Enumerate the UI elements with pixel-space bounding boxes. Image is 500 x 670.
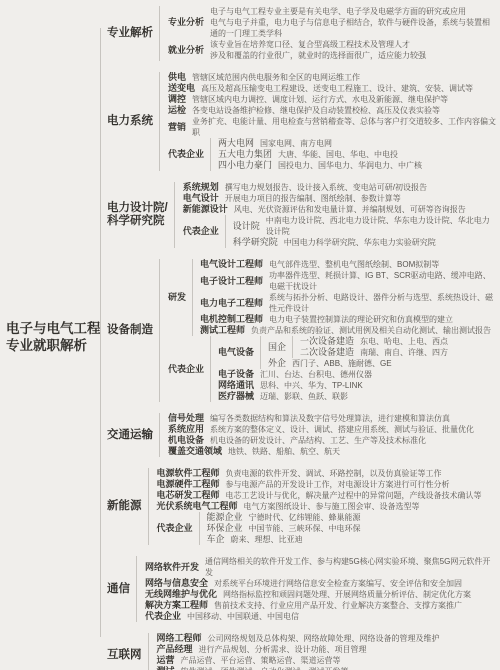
node-label: 新能源设计 bbox=[183, 204, 228, 215]
node-label: 覆盖交通领域 bbox=[168, 446, 222, 457]
node-desc: 系统与拓扑分析、电路设计、器件分析与选型、系统热设计、磁性元件设计 bbox=[269, 292, 496, 314]
node-row: 网络软件开发通信网络相关的软件开发工作、参与构建5G核心网实验环境、聚焦5G网元… bbox=[145, 556, 496, 578]
node-label: 电子设备 bbox=[218, 369, 254, 380]
node-row: 二次设备建造南瑞、南自、许继、四方 bbox=[300, 347, 496, 358]
node-row: 网络通讯思科、中兴、华为、TP-LINK bbox=[218, 380, 496, 391]
branch-label: 设备制造 bbox=[100, 324, 159, 337]
branch-design-research-institute: 电力设计院/ 科学研究院系统规划撰写电力规划报告、设计接入系统、变电站可研/初设… bbox=[100, 182, 496, 248]
mindmap-page: { "colors":{"background":"#f0eeeb","text… bbox=[0, 0, 500, 670]
node-row: 网络与信息安全对系统平台环境进行网络信息安全检查方案编写、安全评估和安全加固 bbox=[145, 578, 496, 589]
node-label: 电芯研发工程师 bbox=[157, 490, 220, 501]
children-group: 电气设备国企一次设备建造东电、哈电、上电、西点二次设备建造南瑞、南自、许继、四方… bbox=[210, 336, 496, 402]
node-desc: 产品运营、平台运营、策略运营、渠道运营等 bbox=[181, 655, 341, 666]
node-label: 信号处理 bbox=[168, 413, 204, 424]
node-row: 就业分析该专业旨在培养宽口径、复合型高级工程技术及管理人才涉及和覆盖的行业很广，… bbox=[168, 39, 496, 61]
node-desc: 高压及超高压输变电工程建设、送变电工程施工、设计、建筑、安装、调试等 bbox=[201, 83, 473, 94]
children-group: 电气设计工程师电气部件选型、整机电气图纸绘制、BOM拟制等电子设计工程师功率器件… bbox=[192, 259, 496, 336]
node-label: 测试 bbox=[157, 666, 175, 670]
node-row: 覆盖交通领域地铁、铁路、船舶、航空、航天 bbox=[168, 446, 496, 457]
node-row: 解决方案工程师售前技术支持、行业应用产品开发、行业解决方案整合、支撑方案推广 bbox=[145, 600, 496, 611]
node-desc: 东电、哈电、上电、西点 bbox=[360, 336, 448, 347]
node-label: 一次设备建造 bbox=[300, 336, 354, 347]
node-row: 国企一次设备建造东电、哈电、上电、西点二次设备建造南瑞、南自、许继、四方 bbox=[268, 336, 496, 358]
node-desc: 管辖区域内电力调控、调度计划、运行方式、水电及新能源、继电保护等 bbox=[192, 94, 448, 105]
root-title-line2: 专业就职解析 bbox=[6, 337, 102, 354]
node-row: 科学研究院中国电力科学研究院、华东电力实验研究院 bbox=[233, 237, 496, 248]
node-desc: 机电设备的研发设计、产品结构、工艺、生产等及技术标准化 bbox=[210, 435, 426, 446]
node-row: 四小电力豪门国投电力、国华电力、华润电力、中广核 bbox=[218, 160, 496, 171]
branch-label: 电力系统 bbox=[100, 115, 159, 128]
node-label: 国企 bbox=[268, 342, 286, 353]
node-desc: 中国电力科学研究院、华东电力实验研究院 bbox=[284, 237, 436, 248]
node-row: 系统应用系统方案的整体定义、设计、调试、搭建应用系统、测试与验证、批量优化 bbox=[168, 424, 496, 435]
node-row: 电机控制工程师电力电子装置控制算法的理论研究和仿真模型的建立 bbox=[200, 314, 496, 325]
branch-equipment-manufacturing: 设备制造研发电气设计工程师电气部件选型、整机电气图纸绘制、BOM拟制等电子设计工… bbox=[100, 259, 496, 402]
node-label: 电源硬件工程师 bbox=[157, 479, 220, 490]
node-row: 信号处理编写各类数据结构和算法及数字信号处理算法，进行建模和算法仿真 bbox=[168, 413, 496, 424]
branch-label: 通信 bbox=[100, 583, 136, 596]
node-desc: 涉及和覆盖的行业很广，就业时的选择面很广，适应能力较强 bbox=[210, 50, 496, 61]
node-row: 代表企业设计院中南电力设计院、西北电力设计院、华东电力设计院、华北电力设计院科学… bbox=[183, 215, 496, 248]
branch-new-energy: 新能源电源软件工程师负责电源的软件开发、调试、环路控制，以及仿真验证等工作电源硬… bbox=[100, 468, 496, 545]
node-label: 电源软件工程师 bbox=[157, 468, 220, 479]
node-label: 网络软件开发 bbox=[145, 562, 199, 573]
branch-label: 互联网 bbox=[100, 649, 148, 662]
node-desc: 管辖区域范围内供电服务和全区的电网运维工作 bbox=[192, 72, 360, 83]
node-row: 电源软件工程师负责电源的软件开发、调试、环路控制，以及仿真验证等工作 bbox=[157, 468, 497, 479]
node-label: 营销 bbox=[168, 122, 186, 133]
node-desc: 国投电力、国华电力、华润电力、中广核 bbox=[278, 160, 422, 171]
node-row: 系统规划撰写电力规划报告、设计接入系统、变电站可研/初设报告 bbox=[183, 182, 496, 193]
branch-label: 专业解析 bbox=[100, 27, 159, 40]
node-row: 光伏系统电气工程师电气方案图纸设计、参与施工图会审、设备选型等 bbox=[157, 501, 497, 512]
root-title-line1: 电子与电气工程 bbox=[6, 320, 102, 337]
node-label: 运营 bbox=[157, 655, 175, 666]
node-row: 研发电气设计工程师电气部件选型、整机电气图纸绘制、BOM拟制等电子设计工程师功率… bbox=[168, 259, 496, 336]
node-desc: 通信网络相关的软件开发工作、参与构建5G核心网实验环境、聚焦5G网元软件开发 bbox=[205, 556, 496, 578]
node-desc: 该专业旨在培养宽口径、复合型高级工程技术及管理人才 bbox=[210, 39, 496, 50]
node-row: 电气设计开展电力项目的报告编制、图纸绘制、参数计算等 bbox=[183, 193, 496, 204]
node-desc: 软件测试、硬件测试、自动化测试、测试开发等 bbox=[181, 666, 349, 670]
node-row: 环保企业中国节能、三峡环保、中电环保 bbox=[207, 523, 496, 534]
node-label: 解决方案工程师 bbox=[145, 600, 208, 611]
node-desc: 参与电源产品的开发设计工作，对电源设计方案进行可行性分析 bbox=[226, 479, 450, 490]
node-desc: 中国节能、三峡环保、中电环保 bbox=[249, 523, 361, 534]
children-group: 设计院中南电力设计院、西北电力设计院、华东电力设计院、华北电力设计院科学研究院中… bbox=[225, 215, 496, 248]
branch-label: 新能源 bbox=[100, 500, 148, 513]
node-desc: 电气部件选型、整机电气图纸绘制、BOM拟制等 bbox=[269, 259, 439, 270]
node-label: 就业分析 bbox=[168, 45, 204, 56]
node-desc: 公司网络规划及总体构架、网络故障处理、网络设备的管理及维护 bbox=[208, 633, 440, 644]
node-row: 供电管辖区域范围内供电服务和全区的电网运维工作 bbox=[168, 72, 496, 83]
node-label: 研发 bbox=[168, 292, 186, 303]
node-desc: 电力电子装置控制算法的理论研究和仿真模型的建立 bbox=[269, 314, 453, 325]
node-row: 电气设计工程师电气部件选型、整机电气图纸绘制、BOM拟制等 bbox=[200, 259, 496, 270]
branch-transportation: 交通运输信号处理编写各类数据结构和算法及数字信号处理算法，进行建模和算法仿真系统… bbox=[100, 413, 496, 457]
branch-label: 电力设计院/ 科学研究院 bbox=[100, 202, 174, 228]
node-desc: 思科、中兴、华为、TP-LINK bbox=[260, 380, 363, 391]
node-label: 无线网维护与优化 bbox=[145, 589, 217, 600]
node-desc: 负责产品和系统的验证、测试用例及相关自动化测试、输出测试报告 bbox=[251, 325, 491, 336]
node-label: 四小电力豪门 bbox=[218, 160, 272, 171]
node-label: 运检 bbox=[168, 105, 186, 116]
node-row: 代表企业电气设备国企一次设备建造东电、哈电、上电、西点二次设备建造南瑞、南自、许… bbox=[168, 336, 496, 402]
node-row: 医疗器械迈瑞、影联、鱼跃、联影 bbox=[218, 391, 496, 402]
branch-power-system: 电力系统供电管辖区域范围内供电服务和全区的电网运维工作送变电高压及超高压输变电工… bbox=[100, 72, 496, 171]
branch-telecom: 通信网络软件开发通信网络相关的软件开发工作、参与构建5G核心网实验环境、聚焦5G… bbox=[100, 556, 496, 622]
node-label: 医疗器械 bbox=[218, 391, 254, 402]
children-group: 两大电网国家电网、南方电网五大电力集团大唐、华能、国电、华电、中电投四小电力豪门… bbox=[210, 138, 496, 171]
node-row: 新能源设计风电、光伏资源评估和发电量计算、并编制规划、可研等咨询报告 bbox=[183, 204, 496, 215]
node-desc: 电芯工艺设计与优化，解决量产过程中的异常问题，产线设备技术确认等 bbox=[226, 490, 482, 501]
node-desc: 撰写电力规划报告、设计接入系统、变电站可研/初设报告 bbox=[225, 182, 427, 193]
node-row: 能源企业宁德时代、亿纬锂能、蜂巢能源 bbox=[207, 512, 496, 523]
node-desc: 电气与电子并重，电力电子与信息电子相结合，软件与硬件设备，系统与装置相通的一门理… bbox=[210, 17, 496, 39]
node-label: 电机控制工程师 bbox=[200, 314, 263, 325]
node-desc: 南瑞、南自、许继、四方 bbox=[360, 347, 448, 358]
node-label: 两大电网 bbox=[218, 138, 254, 149]
node-row: 网络工程师公司网络规划及总体构架、网络故障处理、网络设备的管理及维护 bbox=[157, 633, 497, 644]
root-title: 电子与电气工程 专业就职解析 bbox=[6, 320, 102, 354]
node-row: 外企西门子、ABB、施耐德、GE bbox=[268, 358, 496, 369]
children-group: 电源软件工程师负责电源的软件开发、调试、环路控制，以及仿真验证等工作电源硬件工程… bbox=[148, 468, 497, 545]
node-desc: 汇川、台达、台积电、德州仪器 bbox=[260, 369, 372, 380]
node-row: 测试软件测试、硬件测试、自动化测试、测试开发等 bbox=[157, 666, 497, 670]
node-label: 专业分析 bbox=[168, 17, 204, 28]
node-label: 二次设备建造 bbox=[300, 347, 354, 358]
children-group: 国企一次设备建造东电、哈电、上电、西点二次设备建造南瑞、南自、许继、四方外企西门… bbox=[260, 336, 496, 369]
children-group: 专业分析电子与电气工程专业主要是有关电学、电子学及电磁学方面的研究或应用电气与电… bbox=[159, 6, 496, 61]
desc-lines: 该专业旨在培养宽口径、复合型高级工程技术及管理人才涉及和覆盖的行业很广，就业时的… bbox=[210, 39, 496, 61]
node-label: 调控 bbox=[168, 94, 186, 105]
branch-internet: 互联网网络工程师公司网络规划及总体构架、网络故障处理、网络设备的管理及维护产品经… bbox=[100, 633, 496, 670]
node-row: 电子设备汇川、台达、台积电、德州仪器 bbox=[218, 369, 496, 380]
node-desc: 业务扩充、电能计量、用电检查与营销稽查等、总体与客户打交道较多、工作内容偏文职 bbox=[192, 116, 496, 138]
node-label: 网络工程师 bbox=[157, 633, 202, 644]
node-label: 电气设计 bbox=[183, 193, 219, 204]
node-label: 五大电力集团 bbox=[218, 149, 272, 160]
node-row: 运检各变电站设备维护检修、继电保护及自动装置校检、高压及仪表实验等 bbox=[168, 105, 496, 116]
node-label: 车企 bbox=[207, 534, 225, 545]
node-label: 机电设备 bbox=[168, 435, 204, 446]
node-row: 代表企业中国移动、中国联通、中国电信 bbox=[145, 611, 496, 622]
node-desc: 风电、光伏资源评估和发电量计算、并编制规划、可研等咨询报告 bbox=[234, 204, 466, 215]
node-desc: 大唐、华能、国电、华电、中电投 bbox=[278, 149, 398, 160]
node-label: 送变电 bbox=[168, 83, 195, 94]
node-desc: 售前技术支持、行业应用产品开发、行业解决方案整合、支撑方案推广 bbox=[214, 600, 462, 611]
node-desc: 对系统平台环境进行网络信息安全检查方案编写、安全评估和安全加固 bbox=[214, 578, 462, 589]
desc-lines: 电子与电气工程专业主要是有关电学、电子学及电磁学方面的研究或应用电气与电子并重，… bbox=[210, 6, 496, 39]
node-desc: 中国移动、中国联通、中国电信 bbox=[187, 611, 299, 622]
children-group: 研发电气设计工程师电气部件选型、整机电气图纸绘制、BOM拟制等电子设计工程师功率… bbox=[159, 259, 496, 402]
node-label: 网络通讯 bbox=[218, 380, 254, 391]
node-row: 一次设备建造东电、哈电、上电、西点 bbox=[300, 336, 496, 347]
node-desc: 宁德时代、亿纬锂能、蜂巢能源 bbox=[249, 512, 361, 523]
node-desc: 国家电网、南方电网 bbox=[260, 138, 332, 149]
node-label: 能源企业 bbox=[207, 512, 243, 523]
node-desc: 开展电力项目的报告编制、图纸绘制、参数计算等 bbox=[225, 193, 401, 204]
node-label: 系统应用 bbox=[168, 424, 204, 435]
node-desc: 负责电源的软件开发、调试、环路控制，以及仿真验证等工作 bbox=[226, 468, 442, 479]
node-label: 代表企业 bbox=[168, 149, 204, 160]
children-group: 一次设备建造东电、哈电、上电、西点二次设备建造南瑞、南自、许继、四方 bbox=[292, 336, 496, 358]
branch-label: 交通运输 bbox=[100, 429, 159, 442]
node-row: 电气设备国企一次设备建造东电、哈电、上电、西点二次设备建造南瑞、南自、许继、四方… bbox=[218, 336, 496, 369]
node-row: 无线网维护与优化网络指标监控和顽固问题处理、开展网络质量分析评估、制定优化方案 bbox=[145, 589, 496, 600]
node-row: 设计院中南电力设计院、西北电力设计院、华东电力设计院、华北电力设计院 bbox=[233, 215, 496, 237]
node-row: 代表企业两大电网国家电网、南方电网五大电力集团大唐、华能、国电、华电、中电投四小… bbox=[168, 138, 496, 171]
node-row: 车企蔚来、理想、比亚迪 bbox=[207, 534, 496, 545]
node-row: 专业分析电子与电气工程专业主要是有关电学、电子学及电磁学方面的研究或应用电气与电… bbox=[168, 6, 496, 39]
node-row: 电源硬件工程师参与电源产品的开发设计工作，对电源设计方案进行可行性分析 bbox=[157, 479, 497, 490]
node-desc: 地铁、铁路、船舶、航空、航天 bbox=[228, 446, 340, 457]
node-label: 环保企业 bbox=[207, 523, 243, 534]
node-label: 电子设计工程师 bbox=[200, 276, 263, 287]
node-row: 营销业务扩充、电能计量、用电检查与营销稽查等、总体与客户打交道较多、工作内容偏文… bbox=[168, 116, 496, 138]
node-label: 系统规划 bbox=[183, 182, 219, 193]
node-row: 电力电子工程师系统与拓扑分析、电路设计、器件分析与选型、系统热设计、磁性元件设计 bbox=[200, 292, 496, 314]
children-group: 供电管辖区域范围内供电服务和全区的电网运维工作送变电高压及超高压输变电工程建设、… bbox=[159, 72, 496, 171]
node-label: 代表企业 bbox=[145, 611, 181, 622]
node-label: 设计院 bbox=[233, 221, 260, 232]
node-label: 电气设计工程师 bbox=[200, 259, 263, 270]
node-label: 光伏系统电气工程师 bbox=[157, 501, 238, 512]
node-desc: 迈瑞、影联、鱼跃、联影 bbox=[260, 391, 348, 402]
node-label: 电力电子工程师 bbox=[200, 298, 263, 309]
mindmap-tree: 专业解析专业分析电子与电气工程专业主要是有关电学、电子学及电磁学方面的研究或应用… bbox=[100, 0, 500, 670]
node-row: 运营产品运营、平台运营、策略运营、渠道运营等 bbox=[157, 655, 497, 666]
node-row: 送变电高压及超高压输变电工程建设、送变电工程施工、设计、建筑、安装、调试等 bbox=[168, 83, 496, 94]
node-label: 测试工程师 bbox=[200, 325, 245, 336]
node-label: 网络与信息安全 bbox=[145, 578, 208, 589]
node-desc: 电子与电气工程专业主要是有关电学、电子学及电磁学方面的研究或应用 bbox=[210, 6, 496, 17]
node-desc: 功率器件选型、耗损计算、IG BT、SCR驱动电路、缓冲电路、电磁干扰设计 bbox=[269, 270, 496, 292]
node-label: 代表企业 bbox=[183, 226, 219, 237]
node-desc: 各变电站设备维护检修、继电保护及自动装置校检、高压及仪表实验等 bbox=[192, 105, 440, 116]
node-desc: 编写各类数据结构和算法及数字信号处理算法，进行建模和算法仿真 bbox=[210, 413, 450, 424]
children-group: 网络工程师公司网络规划及总体构架、网络故障处理、网络设备的管理及维护产品经理进行… bbox=[148, 633, 497, 670]
node-row: 电子设计工程师功率器件选型、耗损计算、IG BT、SCR驱动电路、缓冲电路、电磁… bbox=[200, 270, 496, 292]
node-label: 代表企业 bbox=[168, 364, 204, 375]
node-desc: 系统方案的整体定义、设计、调试、搭建应用系统、测试与验证、批量优化 bbox=[210, 424, 474, 435]
node-row: 两大电网国家电网、南方电网 bbox=[218, 138, 496, 149]
node-desc: 网络指标监控和顽固问题处理、开展网络质量分析评估、制定优化方案 bbox=[223, 589, 471, 600]
node-row: 代表企业能源企业宁德时代、亿纬锂能、蜂巢能源环保企业中国节能、三峡环保、中电环保… bbox=[157, 512, 497, 545]
node-label: 代表企业 bbox=[157, 523, 193, 534]
node-desc: 电气方案图纸设计、参与施工图会审、设备选型等 bbox=[244, 501, 420, 512]
node-row: 产品经理进行产品规划、分析需求、设计功能、项目管理 bbox=[157, 644, 497, 655]
children-group: 信号处理编写各类数据结构和算法及数字信号处理算法，进行建模和算法仿真系统应用系统… bbox=[159, 413, 496, 457]
node-label: 供电 bbox=[168, 72, 186, 83]
node-row: 调控管辖区域内电力调控、调度计划、运行方式、水电及新能源、继电保护等 bbox=[168, 94, 496, 105]
node-row: 机电设备机电设备的研发设计、产品结构、工艺、生产等及技术标准化 bbox=[168, 435, 496, 446]
children-group: 网络软件开发通信网络相关的软件开发工作、参与构建5G核心网实验环境、聚焦5G网元… bbox=[136, 556, 496, 622]
node-desc: 中南电力设计院、西北电力设计院、华东电力设计院、华北电力设计院 bbox=[266, 215, 496, 237]
node-label: 外企 bbox=[268, 358, 286, 369]
node-desc: 进行产品规划、分析需求、设计功能、项目管理 bbox=[199, 644, 367, 655]
children-group: 能源企业宁德时代、亿纬锂能、蜂巢能源环保企业中国节能、三峡环保、中电环保车企蔚来… bbox=[199, 512, 496, 545]
node-label: 科学研究院 bbox=[233, 237, 278, 248]
node-row: 五大电力集团大唐、华能、国电、华电、中电投 bbox=[218, 149, 496, 160]
node-row: 测试工程师负责产品和系统的验证、测试用例及相关自动化测试、输出测试报告 bbox=[200, 325, 496, 336]
node-desc: 西门子、ABB、施耐德、GE bbox=[292, 358, 392, 369]
node-label: 产品经理 bbox=[157, 644, 193, 655]
branch-professional-analysis: 专业解析专业分析电子与电气工程专业主要是有关电学、电子学及电磁学方面的研究或应用… bbox=[100, 6, 496, 61]
children-group: 系统规划撰写电力规划报告、设计接入系统、变电站可研/初设报告电气设计开展电力项目… bbox=[174, 182, 496, 248]
node-row: 电芯研发工程师电芯工艺设计与优化，解决量产过程中的异常问题，产线设备技术确认等 bbox=[157, 490, 497, 501]
node-label: 电气设备 bbox=[218, 347, 254, 358]
node-desc: 蔚来、理想、比亚迪 bbox=[231, 534, 303, 545]
